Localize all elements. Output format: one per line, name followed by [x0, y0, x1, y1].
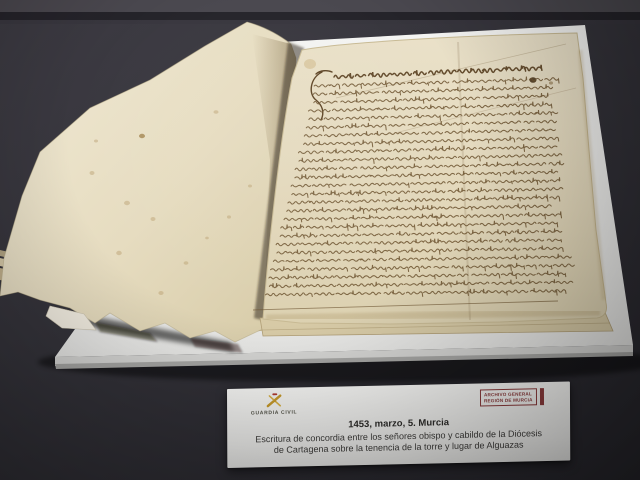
guardia-civil-emblem-icon	[261, 392, 287, 410]
left-page	[0, 22, 296, 342]
ink-spot-small	[549, 81, 553, 84]
foxing-spot-dark	[139, 134, 145, 138]
archive-badge: ARCHIVO GENERAL REGIÓN DE MURCIA	[480, 388, 544, 407]
right-page	[253, 33, 607, 324]
archive-badge-bar	[540, 388, 544, 405]
exhibit-photo: GUARDIA CIVIL ARCHIVO GENERAL REGIÓN DE …	[0, 0, 640, 480]
archive-badge-line2: REGIÓN DE MURCIA	[484, 397, 533, 404]
guardia-civil-label: GUARDIA CIVIL	[235, 409, 313, 417]
guardia-civil-logo: GUARDIA CIVIL	[235, 391, 313, 417]
archive-badge-box: ARCHIVO GENERAL REGIÓN DE MURCIA	[480, 388, 537, 406]
backdrop-cloth	[0, 0, 640, 24]
corner-stain	[304, 59, 316, 69]
label-card: GUARDIA CIVIL ARCHIVO GENERAL REGIÓN DE …	[227, 382, 570, 468]
